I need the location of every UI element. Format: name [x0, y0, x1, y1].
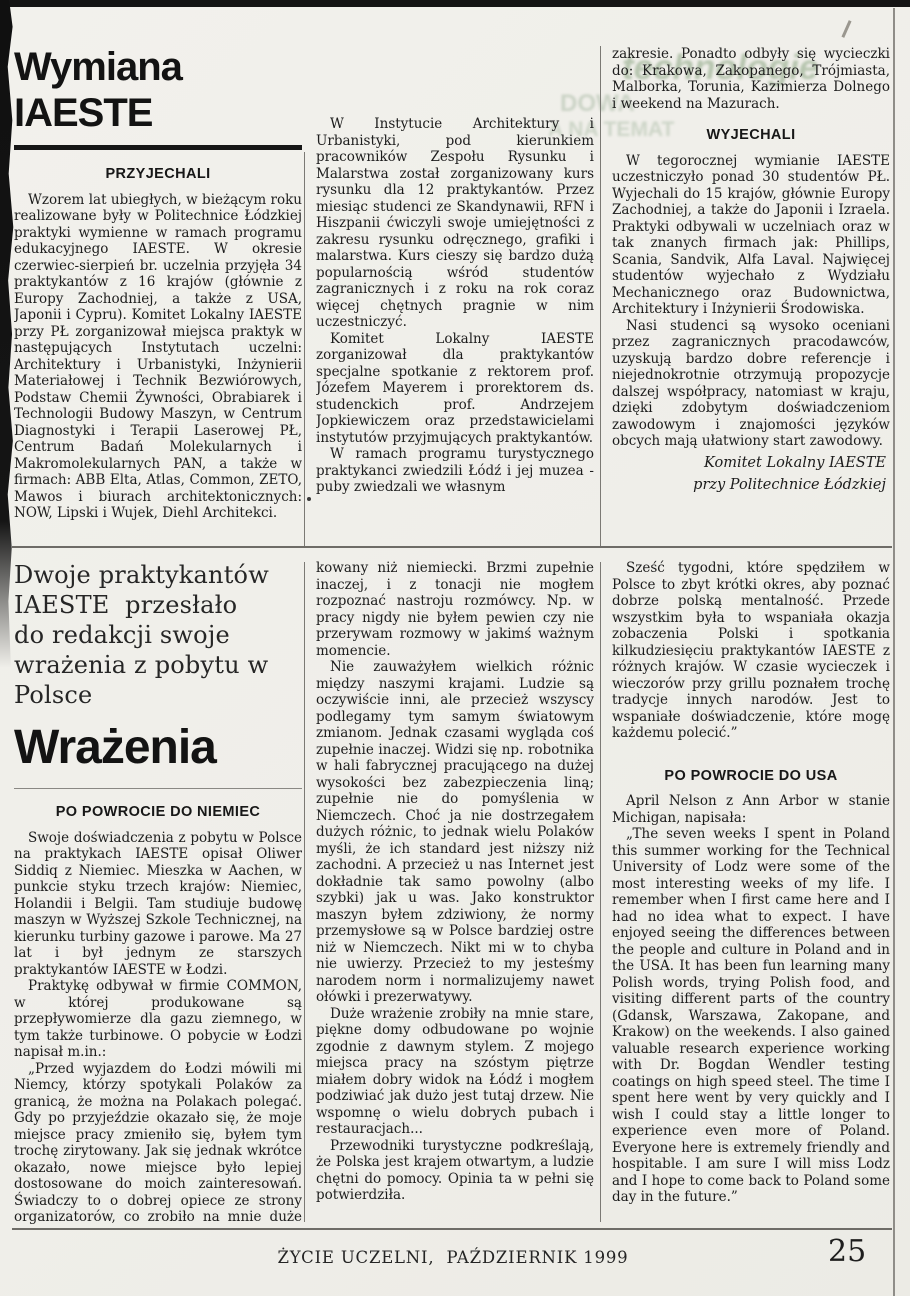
paragraph: Duże wrażenie zrobiły na mnie stare, pię… — [316, 1006, 594, 1138]
paragraph: Nasi studenci są wysoko oceniani przez z… — [612, 318, 890, 450]
paragraph: Komitet Lokalny IAESTE zorganizował dla … — [316, 331, 594, 447]
scan-artifact-dot — [307, 497, 311, 501]
title-rule — [14, 145, 302, 150]
article-title: Wymiana IAESTE — [14, 44, 302, 136]
column-1-top: Wymiana IAESTE PRZYJECHALI Wzorem lat ub… — [14, 36, 302, 546]
scan-artifact-left-strip — [0, 0, 14, 668]
column-3-top: zakresie. Ponadto odbyły się wycieczki d… — [612, 46, 890, 546]
page-number: 25 — [828, 1234, 866, 1269]
feature-rule — [14, 788, 302, 789]
paragraph-continuation: zakresie. Ponadto odbyły się wycieczki d… — [612, 46, 890, 112]
heading-wyjechali: WYJECHALI — [612, 127, 890, 144]
footer-divider — [12, 1228, 892, 1230]
paragraph: April Nelson z Ann Arbor w stanie Michig… — [612, 793, 890, 826]
signature-line: Komitet Lokalny IAESTE — [612, 454, 890, 472]
scan-artifact-crease — [841, 20, 851, 38]
paragraph: W ramach programu turystycznego praktyka… — [316, 446, 594, 496]
heading-po-powrocie-do-usa: PO POWROCIE DO USA — [612, 768, 890, 785]
column-2-bottom: kowany niż niemiecki. Brzmi zupełnie ina… — [316, 560, 594, 1224]
column-rule — [600, 46, 601, 546]
signature-line: przy Politechnice Łódzkiej — [612, 476, 890, 494]
column-rule — [600, 562, 601, 1222]
feature-intro-line: wrażenia z pobytu w Polsce — [14, 650, 302, 710]
paragraph: Swoje doświadczenia z pobytu w Polsce na… — [14, 830, 302, 979]
paragraph: Nie zauważyłem wielkich różnic między na… — [316, 659, 594, 1006]
paragraph-continuation: kowany niż niemiecki. Brzmi zupełnie ina… — [316, 560, 594, 659]
feature-intro-line: Dwoje praktykantów — [14, 560, 302, 590]
paragraph: „Przed wyjazdem do Łodzi mówili mi Niemc… — [14, 1061, 302, 1225]
paragraph: W tegorocznej wymianie IAESTE uczestnicz… — [612, 153, 890, 318]
scan-artifact-top-bar — [0, 0, 910, 7]
scan-artifact-right-edge — [893, 8, 895, 1296]
section-divider — [12, 546, 892, 548]
heading-przyjechali: PRZYJECHALI — [14, 166, 302, 183]
feature-intro-line: IAESTE przesłało — [14, 590, 302, 620]
column-1-bottom: Dwoje praktykantów IAESTE przesłało do r… — [14, 560, 302, 1224]
paragraph: Praktykę odbywał w firmie COMMON, w któr… — [14, 978, 302, 1061]
paragraph: Sześć tygodni, które spędziłem w Polsce … — [612, 560, 890, 742]
paragraph: „The seven weeks I spent in Poland this … — [612, 826, 890, 1206]
column-2-top: W Instytucie Architektury i Urbanistyki,… — [316, 116, 594, 546]
paragraph: Przewodniki turystyczne podkreślają, że … — [316, 1138, 594, 1204]
column-rule — [304, 152, 305, 546]
paragraph: Wzorem lat ubiegłych, w bieżącym roku re… — [14, 192, 302, 522]
column-3-bottom: Sześć tygodni, które spędziłem w Polsce … — [612, 560, 890, 1224]
column-rule — [304, 562, 305, 1222]
feature-title: Wrażenia — [14, 720, 302, 776]
heading-po-powrocie-do-niemiec: PO POWROCIE DO NIEMIEC — [14, 804, 302, 821]
magazine-page: technologie DOWA A NA TEMAT Wymiana IAES… — [0, 0, 910, 1296]
feature-intro-line: do redakcji swoje — [14, 620, 302, 650]
footer-journal-line: ŻYCIE UCZELNI, PAŹDZIERNIK 1999 — [14, 1248, 892, 1267]
paragraph: W Instytucie Architektury i Urbanistyki,… — [316, 116, 594, 331]
